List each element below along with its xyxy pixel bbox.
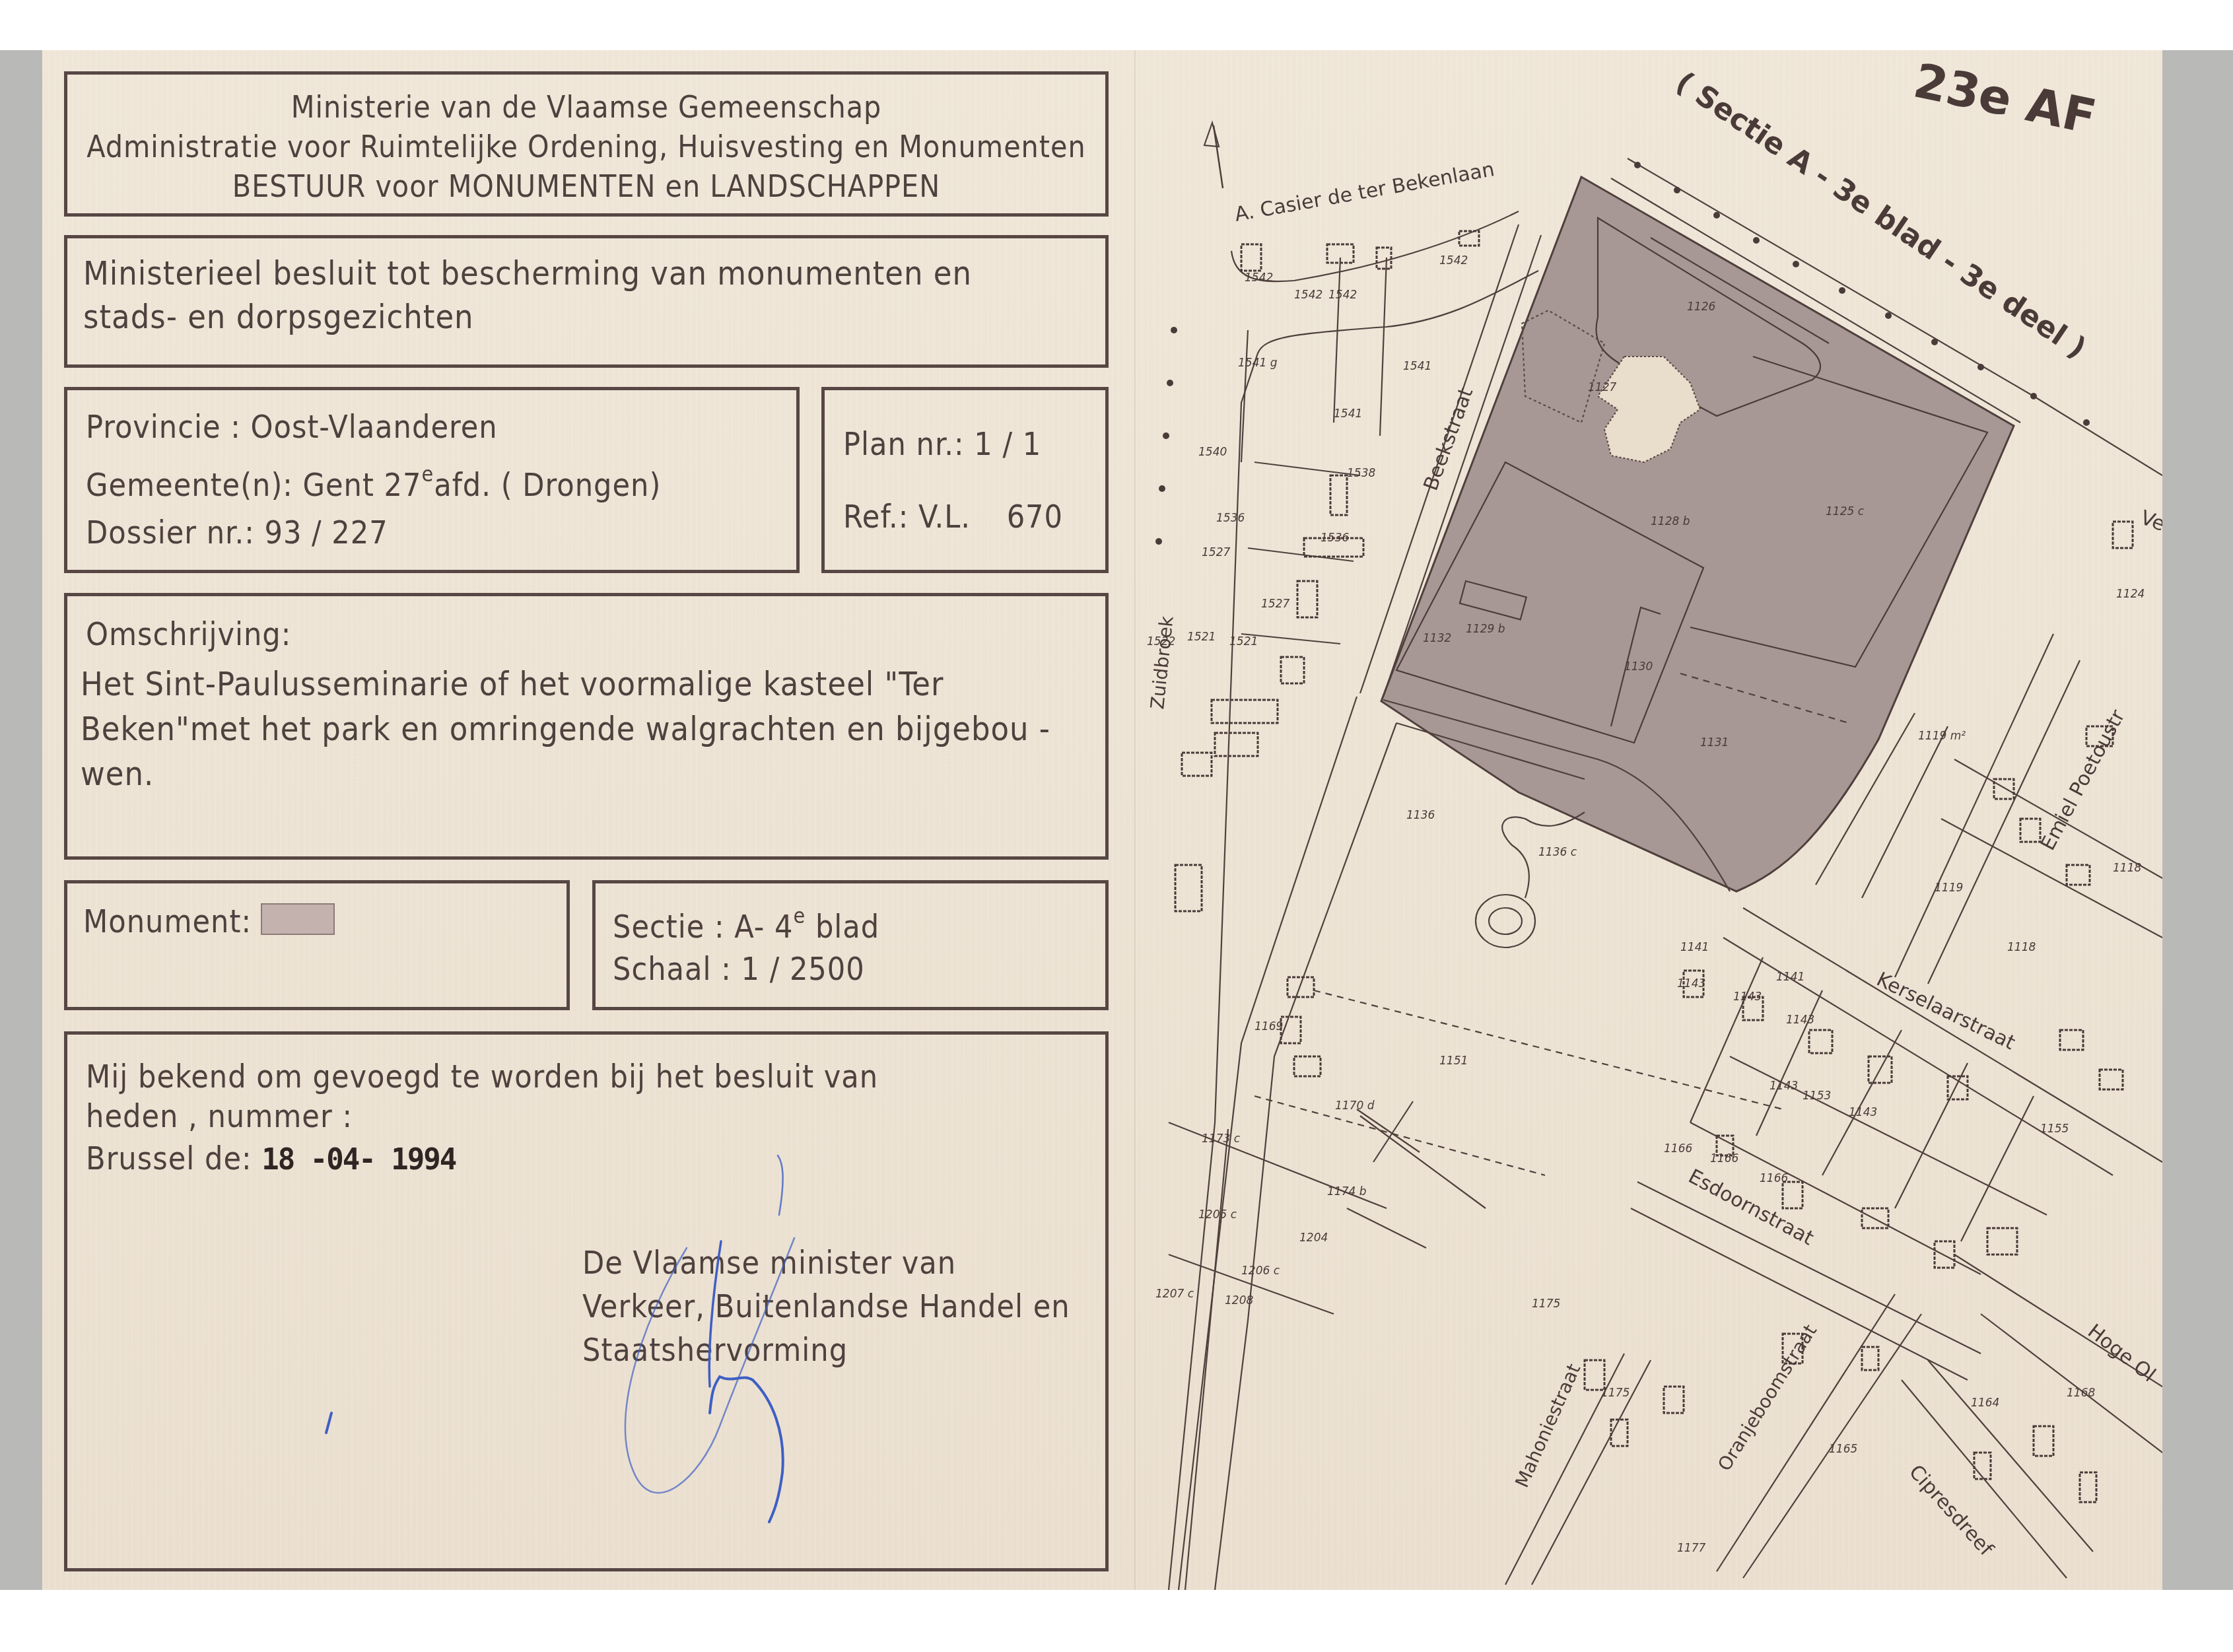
parcel-label: 1169 [1254, 1020, 1283, 1033]
parcel-label: 1124 [2116, 588, 2145, 601]
parcel-label: 1206 c [1241, 1264, 1280, 1278]
parcel-label: 1168 [2067, 1387, 2095, 1400]
park-pond [1476, 895, 1535, 947]
street-mahoniestraat: Mahoniestraat [1511, 1360, 1585, 1490]
street-zuidbroek: Zuidbroek [1146, 615, 1178, 710]
parcel-label: 1205 c [1198, 1208, 1237, 1222]
parcel-label: 1541 [1403, 360, 1431, 373]
parcel-label: 1536 [1216, 512, 1245, 525]
parcel-label: 1164 [1971, 1396, 1999, 1410]
parcel-label: 1541 [1334, 407, 1362, 421]
parcel-label: 1136 [1406, 809, 1435, 822]
parcel-label: 1175 [1601, 1387, 1630, 1400]
parcel-label: 1204 [1299, 1231, 1328, 1245]
parcel-label: 1177 [1677, 1542, 1705, 1555]
parcel-label: 1170 d [1335, 1099, 1375, 1113]
street-oranjeboomstraat: Oranjeboomstraat [1713, 1321, 1821, 1475]
parcel-label: 1542 [1294, 289, 1323, 302]
street-casier: A. Casier de ter Bekenlaan [1233, 158, 1496, 226]
parcel-label: 1175 [1532, 1297, 1560, 1311]
parcel-label: 1166 [1710, 1152, 1738, 1165]
parcel-label: 1129 b [1466, 623, 1505, 636]
parcel-label: 1540 [1198, 446, 1227, 459]
parcel-label: 1541 g [1238, 357, 1278, 370]
parcel-label: 1521 [1229, 635, 1258, 648]
parcel-label: 1143 [1849, 1106, 1877, 1119]
parcel-label: 1527 [1261, 598, 1289, 611]
parcel-label: 1166 [1664, 1142, 1692, 1155]
parcel-label: 1119 [1935, 881, 1963, 895]
parcel-label: 1538 [1347, 467, 1375, 480]
parcel-label: 1151 [1439, 1054, 1468, 1068]
street-ve: Ve [2137, 506, 2162, 536]
parcel-label: 1527 [1202, 546, 1230, 559]
parcel-label: 1207 c [1155, 1288, 1194, 1301]
parcel-label: 1141 [1680, 941, 1709, 954]
parcel-label: 1127 [1588, 381, 1616, 394]
street-cipresdreef: Cipresdreef [1904, 1461, 1998, 1562]
parcel-label: 1542 [1328, 289, 1357, 302]
parcel-label: 1128 b [1651, 515, 1690, 528]
street-hoge-olmen: Hoge Ol [2083, 1320, 2160, 1387]
cadastral-map: 23e AF ( Sectie A - 3e blad - 3e deel ) … [1137, 50, 2162, 1590]
parcel-label: 1173 c [1202, 1132, 1241, 1146]
parcel-label: 1126 [1687, 300, 1715, 314]
parcel-label: 1153 [1803, 1089, 1831, 1103]
parcel-label: 1132 [1423, 632, 1451, 645]
parcel-label: 1542 [1439, 254, 1468, 267]
parcel-label: 1542 [1245, 271, 1273, 285]
parcel-label: 1165 [1829, 1443, 1857, 1456]
parcel-label: 1166 [1760, 1172, 1788, 1185]
parcel-label: 1130 [1624, 660, 1653, 673]
cadastral-map-drawing: 23e AF ( Sectie A - 3e blad - 3e deel ) … [1137, 50, 2162, 1590]
parcel-label: 1131 [1700, 736, 1729, 749]
parcel-label: 1118 [2007, 941, 2036, 954]
parcel-label: 1143 [1733, 990, 1762, 1004]
parcel-label: 1125 c [1826, 505, 1865, 518]
parcel-label: 1143 [1786, 1014, 1814, 1027]
parcel-label: 1155 [2040, 1122, 2069, 1136]
map-division-stamp: 23e AF [1909, 52, 2100, 145]
parcel-label: 1174 b [1327, 1185, 1366, 1198]
parcel-label: 1136 c [1538, 846, 1577, 859]
parcel-label: 1536 [1321, 532, 1349, 545]
parcel-label: 1143 [1677, 977, 1705, 990]
parcel-label: 1521 [1187, 631, 1216, 644]
street-emiel-poetoustraat: Emiel Poetoustr [2036, 706, 2130, 854]
parcel-label: 1141 [1776, 971, 1804, 984]
parcel-label: 1522 [1147, 635, 1175, 648]
parcel-label: 1208 [1225, 1294, 1253, 1307]
parcel-label: 1143 [1769, 1080, 1798, 1093]
parcel-label: 1119 m² [1918, 730, 1966, 743]
parcel-label: 1118 [2113, 862, 2141, 875]
